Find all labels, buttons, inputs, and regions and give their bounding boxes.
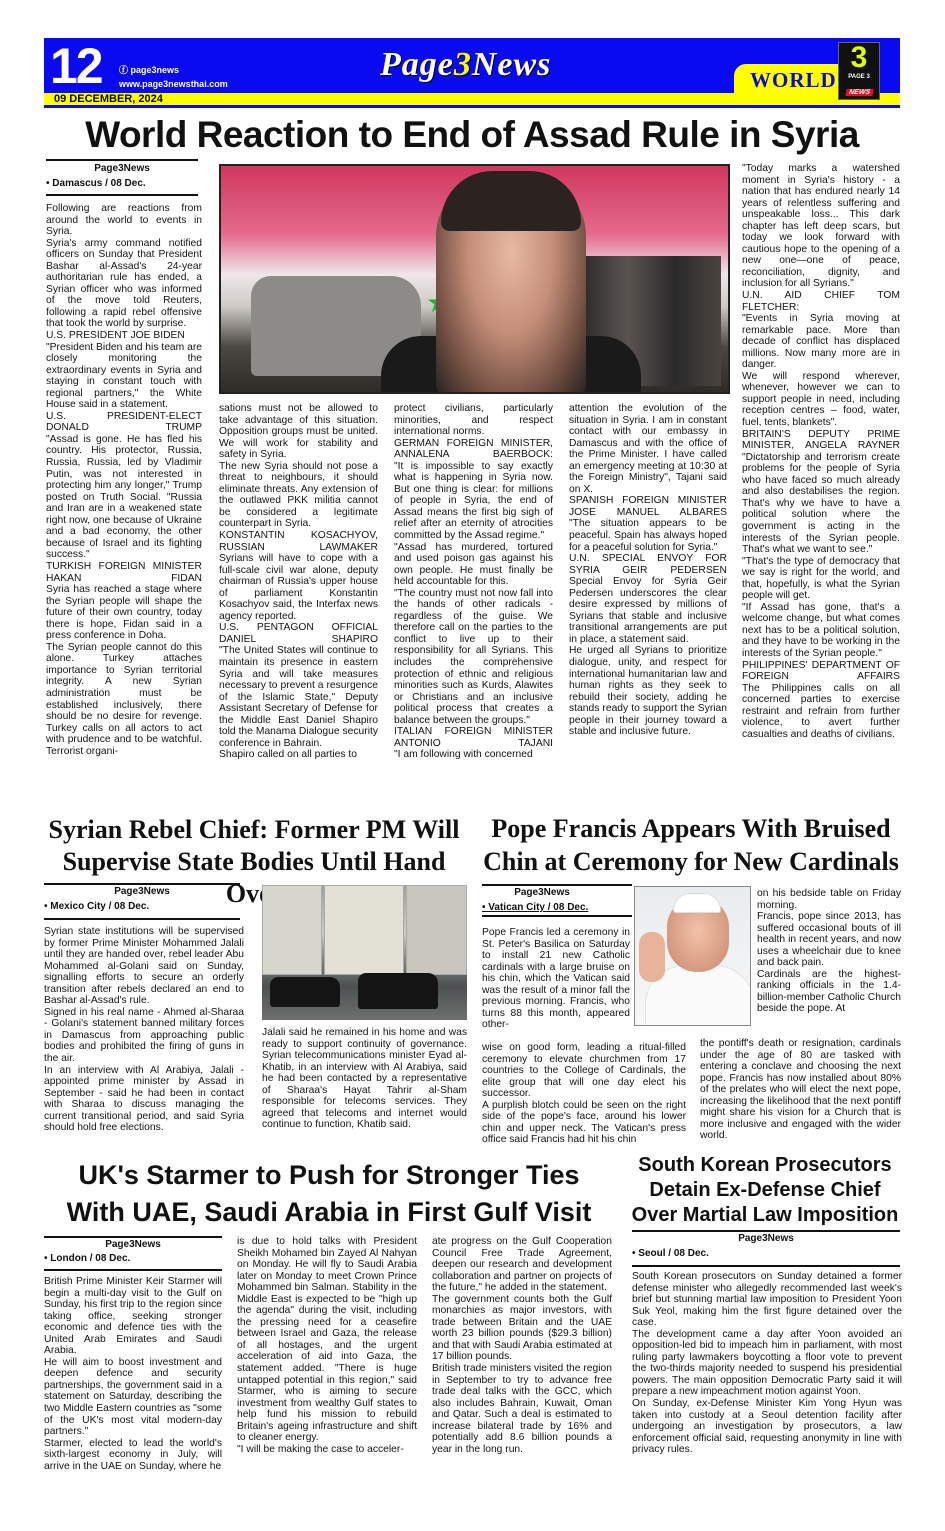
masthead: 12 ⓕ page3news www.page3newsthai.com 09 … — [44, 38, 900, 108]
newspaper-logo: Page3News — [380, 46, 551, 84]
story3-column-1-narrow: Pope Francis led a ceremony in St. Peter… — [482, 927, 630, 1031]
divider — [46, 194, 198, 196]
story3-column-2-wide: the pontiff's death or resignation, card… — [700, 1038, 901, 1142]
story4-column-3: ate progress on the Gulf Cooperation Cou… — [432, 1236, 612, 1455]
story1-column-5: "Today marks a watershed moment in Syria… — [742, 163, 900, 740]
subhead: U.N. SPECIAL ENVOY FOR SYRIA GEIR PEDERS… — [569, 553, 727, 576]
story1-column-3: protect civilians, particularly minoriti… — [394, 403, 553, 761]
byline-source: Page3News — [46, 162, 198, 175]
story2-column-2: Jalali said he remained in his home and … — [262, 1027, 467, 1131]
story1-column-4: attention the evolution of the situation… — [569, 403, 727, 738]
subhead: PHILIPPINES' DEPARTMENT OF FOREIGN AFFAI… — [742, 660, 900, 683]
subhead: ITALIAN FOREIGN MINISTER ANTONIO TAJANI — [394, 726, 553, 749]
byline-source: Page3News — [44, 1238, 222, 1251]
subhead: TURKISH FOREIGN MINISTER HAKAN FIDAN — [46, 561, 202, 584]
divider — [44, 1269, 222, 1271]
story3-column-2-narrow: on his bedside table on Friday morning. … — [757, 888, 901, 1015]
website-link[interactable]: www.page3newsthai.com — [119, 79, 228, 89]
subhead: GERMAN FOREIGN MINISTER, ANNALENA BAERBO… — [394, 438, 553, 461]
subhead: KONSTANTIN KOSACHYOV, RUSSIAN LAWMAKER — [219, 530, 378, 553]
page3-badge-logo: 3 PAGE 3 NEWS — [838, 42, 880, 100]
byline-source: Page3News — [482, 886, 602, 899]
story1-column-2: sations must not be allowed to take adva… — [219, 403, 378, 761]
dateline: • London / 08 Dec. — [44, 1252, 222, 1265]
damascus-street-photo — [262, 885, 467, 1020]
page-number: 12 — [50, 40, 102, 92]
byline-source: Page3News — [44, 885, 240, 898]
subhead: BRITAIN'S DEPUTY PRIME MINISTER, ANGELA … — [742, 429, 900, 452]
story4-column-2: is due to hold talks with President Shei… — [237, 1236, 417, 1455]
divider — [482, 915, 632, 917]
zucchetto — [673, 893, 721, 913]
story3-headline: Pope Francis Appears With Bruised Chin a… — [478, 812, 904, 878]
dateline: • Vatican City / 08 Dec. — [482, 901, 632, 914]
dateline: • Mexico City / 08 Dec. — [44, 900, 240, 913]
subhead: U.S. PRESIDENT-ELECT DONALD TRUMP — [46, 411, 202, 434]
story3-column-1-wide: wise on good form, leading a ritual-fill… — [482, 1042, 686, 1146]
facebook-icon: ⓕ — [119, 65, 131, 75]
subhead: U.N. AID CHIEF TOM FLETCHER: — [742, 290, 900, 313]
dateline: • Damascus / 08 Dec. — [46, 177, 206, 190]
car — [270, 977, 340, 1007]
main-headline: World Reaction to End of Assad Rule in S… — [44, 112, 900, 158]
subhead: SPANISH FOREIGN MINISTER JOSE MANUEL ALB… — [569, 495, 727, 518]
divider — [46, 159, 198, 161]
facebook-handle[interactable]: ⓕ page3news — [119, 63, 179, 76]
story4-column-1: British Prime Minister Keir Starmer will… — [44, 1276, 222, 1472]
masthead-underline — [44, 105, 900, 108]
divider — [44, 918, 240, 920]
story5-headline: South Korean Prosecutors Detain Ex-Defen… — [630, 1153, 900, 1228]
dateline: • Seoul / 08 Dec. — [632, 1247, 900, 1260]
story5-body: South Korean prosecutors on Sunday detai… — [632, 1271, 902, 1456]
pope-francis-photo — [634, 886, 751, 1026]
story1-column-1: Following are reactions from around the … — [46, 203, 202, 757]
issue-date: 09 DECEMBER, 2024 — [54, 93, 163, 105]
story2-column-1: Syrian state institutions will be superv… — [44, 926, 244, 1134]
car — [358, 973, 438, 1009]
divider — [632, 1265, 900, 1267]
subhead: U.S. PENTAGON OFFICIAL DANIEL SHAPIRO — [219, 622, 378, 645]
story4-headline: UK's Starmer to Push for Stronger Ties W… — [44, 1157, 614, 1231]
subhead: U.S. PRESIDENT JOE BIDEN — [46, 330, 202, 342]
waving-hand — [639, 932, 665, 982]
byline-source: Page3News — [632, 1232, 900, 1245]
assad-collage-photo: ★ — [219, 164, 730, 394]
section-label: WORLD — [750, 68, 837, 93]
